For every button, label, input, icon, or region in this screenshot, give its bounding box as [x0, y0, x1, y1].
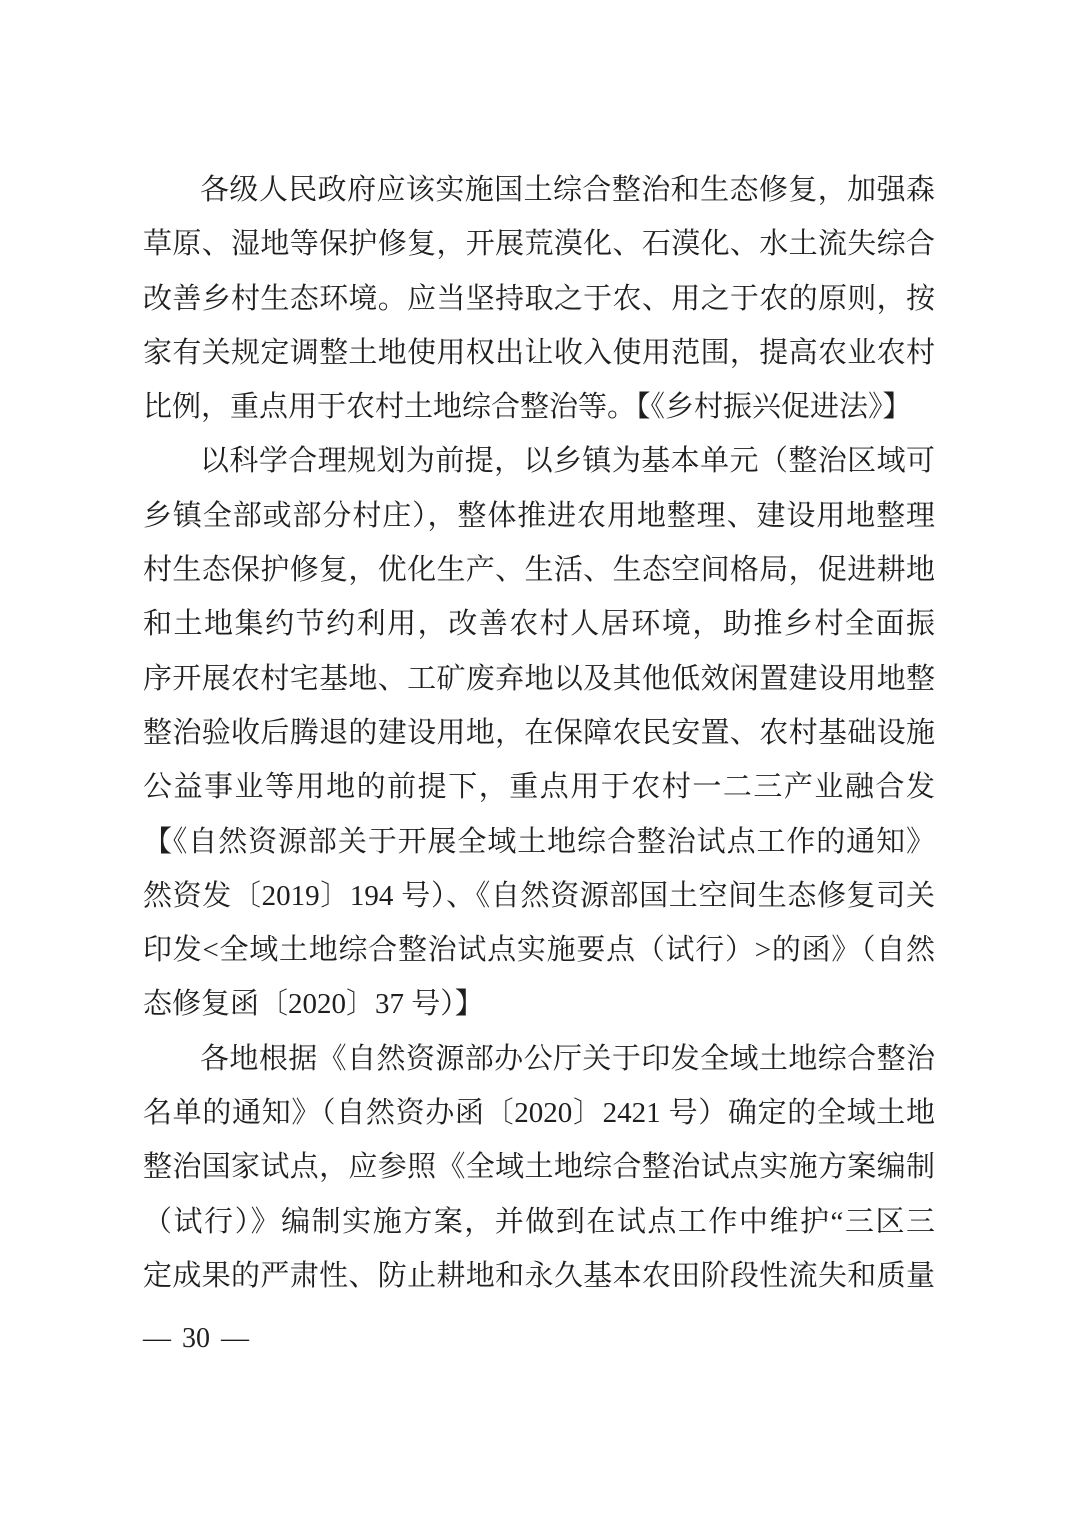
text-line: 家有关规定调整土地使用权出让收入使用范围，提高农业农村投入	[143, 326, 935, 380]
text-line: 整治国家试点，应参照《全域土地综合整治试点实施方案编制大纲	[143, 1140, 935, 1194]
text-line: 村生态保护修复，优化生产、生活、生态空间格局，促进耕地保护	[143, 543, 935, 597]
text-line: 态修复函〔2020〕37 号）】	[143, 977, 935, 1031]
text-line: 公益事业等用地的前提下，重点用于农村一二三产业融合发展。	[143, 760, 935, 814]
page-footer: —30—	[143, 1318, 249, 1360]
text-line: （试行）》编制实施方案，并做到在试点工作中维护“三区三线”划	[143, 1195, 935, 1249]
footer-dash-right: —	[221, 1323, 249, 1354]
paragraph-1: 各级人民政府应该实施国土综合整治和生态修复，加强森林、 草原、湿地等保护修复，开…	[143, 163, 935, 434]
text-line: 比例，重点用于农村土地综合整治等。【《乡村振兴促进法》】	[143, 380, 935, 434]
text-line: 草原、湿地等保护修复，开展荒漠化、石漠化、水土流失综合治理，	[143, 217, 935, 271]
text-line: 名单的通知》（自然资办函〔2020〕2421 号）确定的全域土地综合	[143, 1086, 935, 1140]
page-number: 30	[182, 1323, 210, 1354]
text-line: 【《自然资源部关于开展全域土地综合整治试点工作的通知》（自	[143, 815, 935, 869]
text-line: 序开展农村宅基地、工矿废弃地以及其他低效闲置建设用地整理，	[143, 652, 935, 706]
text-line: 以科学合理规划为前提，以乡镇为基本单元（整治区域可以是	[143, 434, 935, 488]
text-line: 然资发〔2019〕194 号）、《自然资源部国土空间生态修复司关于	[143, 869, 935, 923]
text-line: 改善乡村生态环境。应当坚持取之于农、用之于农的原则，按照国	[143, 272, 935, 326]
footer-dash-left: —	[143, 1323, 171, 1354]
text-line: 各地根据《自然资源部办公厅关于印发全域土地综合整治试点	[143, 1032, 935, 1086]
text-line: 定成果的严肃性、防止耕地和永久基本农田阶段性流失和质量降	[143, 1249, 935, 1303]
paragraph-2: 以科学合理规划为前提，以乡镇为基本单元（整治区域可以是 乡镇全部或部分村庄），整…	[143, 434, 935, 1031]
text-line: 乡镇全部或部分村庄），整体推进农用地整理、建设用地整理和乡	[143, 489, 935, 543]
text-line: 各级人民政府应该实施国土综合整治和生态修复，加强森林、	[143, 163, 935, 217]
document-body: 各级人民政府应该实施国土综合整治和生态修复，加强森林、 草原、湿地等保护修复，开…	[143, 163, 935, 1303]
paragraph-3: 各地根据《自然资源部办公厅关于印发全域土地综合整治试点 名单的通知》（自然资办函…	[143, 1032, 935, 1303]
text-line: 印发<全域土地综合整治试点实施要点（试行）>的函》（自然资生	[143, 923, 935, 977]
text-line: 和土地集约节约利用，改善农村人居环境，助推乡村全面振兴。有	[143, 597, 935, 651]
text-line: 整治验收后腾退的建设用地，在保障农民安置、农村基础设施建设、	[143, 706, 935, 760]
document-page: 各级人民政府应该实施国土综合整治和生态修复，加强森林、 草原、湿地等保护修复，开…	[0, 0, 1080, 1527]
